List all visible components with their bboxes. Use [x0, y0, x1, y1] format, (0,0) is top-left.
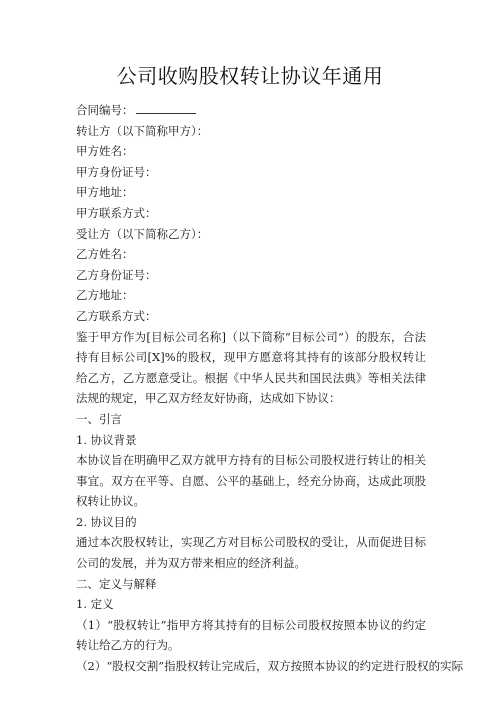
transferor-heading: 转让方（以下简称甲方）：: [76, 121, 426, 142]
transferee-heading: 受让方（以下简称乙方）：: [76, 224, 426, 245]
party-a-name: 甲方姓名：: [76, 141, 426, 162]
party-b-name: 乙方姓名：: [76, 244, 426, 265]
section-heading: 一、引言: [76, 409, 426, 430]
party-a-id: 甲方身份证号：: [76, 162, 426, 183]
contract-number-line: 合同编号：: [76, 100, 426, 121]
definition-clause: （2）“股权交割”指股权转让完成后，双方按照本协议的约定进行股权的实际: [76, 656, 426, 677]
definition-clause: （1）“股权转让”指甲方将其持有的目标公司股权按照本协议的约定转让给乙方的行为。: [76, 615, 426, 656]
subsection-heading: 1. 定义: [76, 594, 426, 615]
contract-number-blank: [136, 104, 196, 114]
party-b-contact: 乙方联系方式：: [76, 306, 426, 327]
paragraph: 本协议旨在明确甲乙双方就甲方持有的目标公司股权进行转让的相关事宜。双方在平等、自…: [76, 450, 426, 512]
party-b-id: 乙方身份证号：: [76, 265, 426, 286]
party-b-address: 乙方地址：: [76, 285, 426, 306]
subsection-heading: 1. 协议背景: [76, 430, 426, 451]
subsection-heading: 2. 协议目的: [76, 512, 426, 533]
party-a-address: 甲方地址：: [76, 182, 426, 203]
section-heading: 二、定义与解释: [76, 574, 426, 595]
contract-number-label: 合同编号：: [76, 103, 134, 117]
document-body: 合同编号： 转让方（以下简称甲方）： 甲方姓名： 甲方身份证号： 甲方地址： 甲…: [76, 100, 426, 677]
paragraph: 通过本次股权转让，实现乙方对目标公司股权的受让，从而促进目标公司的发展，并为双方…: [76, 532, 426, 573]
party-a-contact: 甲方联系方式：: [76, 203, 426, 224]
preamble-paragraph: 鉴于甲方作为[目标公司名称]（以下简称“目标公司”）的股东，合法持有目标公司[X…: [76, 327, 426, 409]
document-title: 公司收购股权转让协议年通用: [0, 60, 500, 89]
